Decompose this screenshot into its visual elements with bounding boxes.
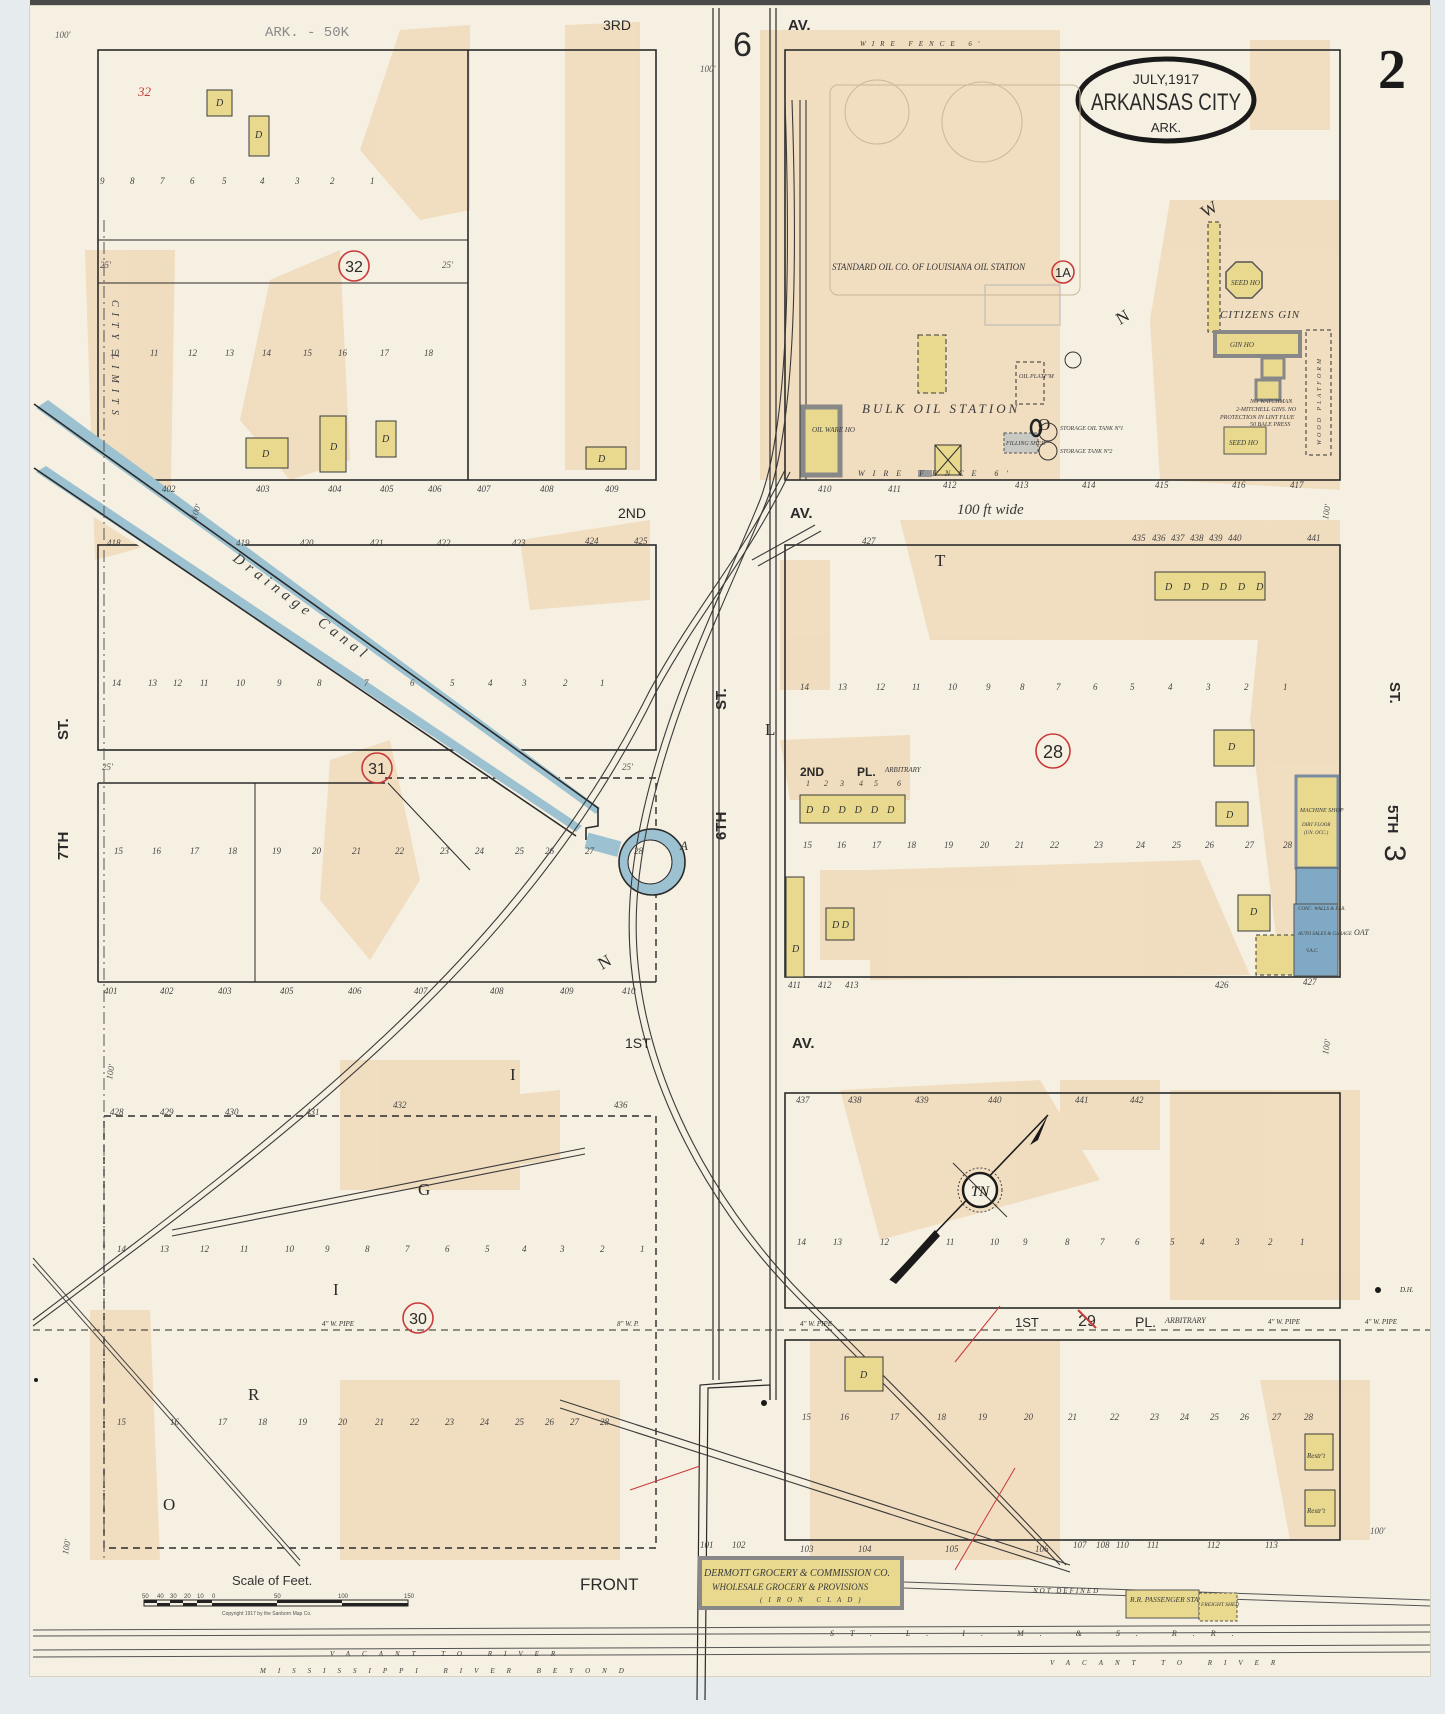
svg-text:TN: TN [971,1184,990,1200]
svg-text:D: D [597,454,606,465]
svg-text:105: 105 [945,1544,959,1554]
second-av-label: 2ND [618,505,646,521]
cartouche-state: ARK. [1151,120,1181,135]
svg-text:NO WATCHMAN: NO WATCHMAN [1249,399,1293,405]
first-pl-note: ARBITRARY [1164,1316,1207,1325]
svg-text:WHOLESALE GROCERY & PROVISIONS: WHOLESALE GROCERY & PROVISIONS [712,1582,869,1592]
svg-text:107: 107 [1073,1540,1087,1550]
svg-text:4" W. PIPE: 4" W. PIPE [1365,1318,1398,1326]
svg-text:SEED HO: SEED HO [1231,279,1260,287]
dermott-grocery-building: DERMOTT GROCERY & COMMISSION CO. WHOLESA… [700,1558,902,1608]
svg-text:(UN. OCC.): (UN. OCC.) [1304,831,1329,836]
svg-text:430: 430 [225,1107,239,1117]
scale-of-feet: Scale of Feet. 5040302010050100150 Copyr… [142,1573,415,1617]
bottom-annotations: ST. L. I. M. & S. R.R. VACANT TO RIVER M… [259,1629,1287,1675]
svg-text:50 BALE PRESS: 50 BALE PRESS [1250,422,1290,428]
svg-text:410: 410 [622,986,636,996]
svg-text:424: 424 [585,536,599,546]
svg-text:427: 427 [862,536,876,546]
svg-text:D: D [1249,907,1258,918]
svg-text:102: 102 [732,1540,746,1550]
front-st-label: FRONT [580,1575,639,1594]
svg-text:ST. L. I. M. & S. R.R.: ST. L. I. M. & S. R.R. [830,1629,1250,1638]
svg-text:MISSISSIPPI RIVER BEYOND: MISSISSIPPI RIVER BEYOND [259,1667,636,1675]
svg-text:409: 409 [560,986,574,996]
machine-shop-and-garage: MACHINE SHOP DIRT FLOOR (UN. OCC.) CONC.… [1294,776,1369,976]
block-number-31: 31 [368,761,386,778]
svg-text:OIL PLATF'M: OIL PLATF'M [1019,374,1055,380]
svg-text:987654321: 987654321 [100,176,375,186]
svg-text:2-MITCHELL GINS. NO: 2-MITCHELL GINS. NO [1236,407,1297,413]
first-pl-pl: PL. [1135,1314,1156,1330]
svg-text:D: D [215,98,224,109]
svg-text:D: D [1225,810,1234,821]
svg-text:OIL WARE HO: OIL WARE HO [812,426,855,434]
svg-text:106: 106 [1035,1544,1049,1554]
svg-text:I: I [510,1065,516,1084]
svg-text:O: O [163,1495,175,1514]
svg-text:405: 405 [380,484,394,494]
seventh-st-label-b: 7TH [55,832,72,860]
svg-text:437: 437 [1171,533,1185,543]
svg-text:406: 406 [428,484,442,494]
second-pl-label: 2ND [800,765,824,779]
hydrant-dot [761,1400,767,1406]
svg-text:403: 403 [256,484,270,494]
svg-text:414: 414 [1082,480,1096,490]
svg-text:STORAGE OIL TANK Nº1: STORAGE OIL TANK Nº1 [1060,426,1123,432]
svg-text:100': 100' [1320,502,1333,520]
svg-text:411: 411 [888,484,901,494]
svg-text:VACANT TO RIVER: VACANT TO RIVER [330,1650,567,1658]
svg-text:412: 412 [818,980,832,990]
sixth-st-label-a: ST. [713,688,730,710]
svg-text:438: 438 [848,1095,862,1105]
svg-text:DDDDDD: DDDDDD [1164,582,1274,593]
svg-text:R: R [248,1385,260,1404]
svg-text:104: 104 [858,1544,872,1554]
svg-text:100': 100' [60,1537,73,1555]
svg-text:CITIZENS GIN: CITIZENS GIN [1220,309,1300,321]
svg-text:DIRT FLOOR: DIRT FLOOR [1301,823,1330,828]
title-cartouche: JULY,1917 ARKANSAS CITY ARK. [1078,59,1254,141]
svg-text:408: 408 [540,484,554,494]
svg-text:440: 440 [1228,533,1242,543]
av-mid-label: AV. [790,505,813,522]
building-dwelling [786,877,804,977]
svg-text:409: 409 [605,484,619,494]
sheet-number: 2 [1378,39,1406,101]
svg-text:436: 436 [1152,533,1166,543]
block-number-30: 30 [409,1311,427,1328]
svg-text:OAT: OAT [1354,928,1369,937]
av-top-label: AV. [788,17,811,34]
scale-title: Scale of Feet. [232,1573,312,1588]
svg-text:428: 428 [110,1107,124,1117]
svg-text:101: 101 [700,1540,714,1550]
svg-text:WIRE FENCE 6': WIRE FENCE 6' [858,469,1016,478]
building-dwelling [586,447,626,469]
svg-text:418: 418 [107,538,121,548]
svg-text:404: 404 [328,484,342,494]
svg-text:435: 435 [1132,533,1146,543]
second-pl-note: ARBITRARY [884,766,922,774]
svg-text:420: 420 [300,538,314,548]
svg-text:113: 113 [1265,1540,1278,1550]
seventh-st-label-a: ST. [55,718,72,740]
block-number-32: 32 [345,259,363,276]
block-number-28: 28 [1043,742,1063,762]
svg-text:422: 422 [437,538,451,548]
first-av-label: 1ST [625,1035,651,1051]
svg-text:4" W. PIPE: 4" W. PIPE [322,1320,355,1328]
auto-sales-garage [1294,904,1338,976]
svg-text:DERMOTT GROCERY & COMMISSION C: DERMOTT GROCERY & COMMISSION CO. [703,1568,890,1579]
fifth-st-label-b: 5TH [1384,805,1401,833]
svg-text:1413121110987654321: 1413121110987654321 [800,682,1288,692]
oil-warehouse [803,407,840,475]
svg-text:25': 25' [442,260,454,270]
cartouche-date: JULY,1917 [1133,71,1200,87]
svg-text:D: D [859,1370,868,1381]
svg-text:5040302010050100150: 5040302010050100150 [142,1594,415,1600]
svg-text:439: 439 [915,1095,929,1105]
svg-text:421: 421 [370,538,384,548]
machine-shop [1296,776,1338,868]
map-canvas: A Drainage Canal [0,0,1445,1714]
svg-text:Restr't: Restr't [1306,1507,1326,1515]
svg-text:407: 407 [414,986,428,996]
block-number-29: 29 [1078,1313,1096,1330]
svg-text:439: 439 [1209,533,1223,543]
svg-text:100': 100' [700,64,717,74]
svg-text:112: 112 [1207,1540,1220,1550]
svg-text:407: 407 [477,484,491,494]
svg-text:417: 417 [1290,480,1304,490]
svg-text:423: 423 [512,538,526,548]
bulk-oil-station-label: BULK OIL STATION [862,401,1020,416]
svg-text:Restr't: Restr't [1306,1452,1326,1460]
svg-text:VACANT TO RIVER: VACANT TO RIVER [1050,1659,1287,1667]
svg-text:442: 442 [1130,1095,1144,1105]
svg-text:413: 413 [1015,480,1029,490]
svg-text:100': 100' [104,1062,117,1080]
svg-text:426: 426 [1215,980,1229,990]
svg-text:408: 408 [490,986,504,996]
av-width-label: 100 ft wide [957,502,1024,518]
svg-text:413: 413 [845,980,859,990]
svg-text:I: I [333,1280,339,1299]
svg-text:410: 410 [818,484,832,494]
svg-text:416: 416 [1232,480,1246,490]
svg-text:406: 406 [348,986,362,996]
svg-text:402: 402 [160,986,174,996]
old-block-number: 32 [137,84,152,99]
building-outbuilding [1256,935,1296,975]
block-number-1a: 1A [1055,265,1071,280]
svg-text:25': 25' [100,260,112,270]
svg-text:108: 108 [1096,1540,1110,1550]
svg-text:441: 441 [1075,1095,1089,1105]
svg-text:432: 432 [393,1100,407,1110]
svg-text:412: 412 [943,480,957,490]
svg-text:WIRE FENCE 6': WIRE FENCE 6' [860,40,985,48]
svg-text:411: 411 [788,980,801,990]
svg-text:1413121110987654321: 1413121110987654321 [117,1244,645,1254]
svg-text:DDDDDD: DDDDDD [805,805,903,816]
svg-text:D D: D D [831,920,850,931]
svg-text:STORAGE TANK Nº2: STORAGE TANK Nº2 [1060,449,1112,455]
archive-stamp: ARK. - 50K [265,25,350,41]
svg-text:431: 431 [306,1107,320,1117]
svg-text:GIN HO: GIN HO [1230,341,1254,349]
svg-text:4" W. PIPE: 4" W. PIPE [800,1320,833,1328]
svg-text:103: 103 [800,1544,814,1554]
svg-text:1516171819202122232425262728: 1516171819202122232425262728 [803,840,1293,850]
svg-text:D: D [329,442,338,453]
svg-text:437: 437 [796,1095,810,1105]
svg-text:100': 100' [1370,1526,1387,1536]
svg-text:438: 438 [1190,533,1204,543]
svg-text:D: D [254,130,263,141]
svg-text:NOT DEFINED: NOT DEFINED [1032,1587,1100,1595]
svg-text:N: N [595,951,615,974]
fifth-st-sheet-ref: 3 [1378,845,1411,862]
svg-text:V.A.C.: V.A.C. [1306,949,1319,954]
svg-text:MACHINE SHOP: MACHINE SHOP [1299,808,1344,814]
svg-text:4" W. PIPE: 4" W. PIPE [1268,1318,1301,1326]
city-limits-label: CITY LIMITS [109,300,120,421]
copyright: Copyright 1917 by the Sanborn Map Co. [222,1611,312,1617]
svg-text:D: D [381,434,390,445]
sanborn-map-sheet: A Drainage Canal [0,0,1445,1714]
svg-text:PROTECTION IN LINT FLUE: PROTECTION IN LINT FLUE [1219,415,1295,421]
svg-text:D: D [791,944,800,955]
svg-text:402: 402 [162,484,176,494]
svg-text:425: 425 [634,536,648,546]
svg-text:STANDARD OIL CO. OF LOUISIANA: STANDARD OIL CO. OF LOUISIANA OIL STATIO… [832,262,1026,272]
svg-text:100': 100' [1320,1037,1333,1055]
svg-text:AUTO SALES & GARAGE: AUTO SALES & GARAGE [1297,932,1352,937]
conc-building [1296,868,1338,904]
svg-text:440: 440 [988,1095,1002,1105]
map-index-number: 6 [733,26,752,64]
svg-text:8" W. P.: 8" W. P. [617,1320,639,1328]
svg-text:419: 419 [236,538,250,548]
paste-over-patches [85,22,1370,1560]
svg-text:CONC. WALLS & FLR.: CONC. WALLS & FLR. [1298,907,1346,912]
svg-text:405: 405 [280,986,294,996]
svg-text:T: T [935,551,946,570]
first-pl-label: 1ST [1015,1315,1039,1330]
building-bulk-oil-a [918,335,946,393]
svg-text:D.H.: D.H. [1399,1286,1414,1294]
svg-text:FREIGHT SHED: FREIGHT SHED [1200,1602,1239,1608]
svg-text:(IRON CLAD): (IRON CLAD) [760,1596,867,1604]
svg-text:SEED HO: SEED HO [1229,439,1258,447]
av-low-label: AV. [792,1035,815,1052]
svg-text:401: 401 [104,986,118,996]
svg-text:25': 25' [622,762,634,772]
sixth-st-label-b: 6TH [713,812,730,840]
svg-text:436: 436 [614,1100,628,1110]
svg-text:100': 100' [55,30,72,40]
svg-text:441: 441 [1307,533,1321,543]
svg-text:WOOD PLATFORM: WOOD PLATFORM [1317,356,1323,445]
svg-text:G: G [418,1180,430,1199]
basin-label: A [679,838,688,853]
svg-text:403: 403 [218,986,232,996]
fifth-st-label-a: ST. [1386,682,1403,704]
svg-text:D: D [1227,742,1236,753]
svg-text:415: 415 [1155,480,1169,490]
svg-text:111: 111 [1147,1540,1159,1550]
address-numbers: 402 403 404 405 406 407 408 409 410 411 … [104,480,1321,1554]
svg-text:L: L [765,720,775,739]
cartouche-city: ARKANSAS CITY [1091,89,1241,116]
second-pl-pl: PL. [857,765,876,779]
svg-text:N: N [1113,306,1133,329]
svg-text:D: D [261,449,270,460]
svg-text:429: 429 [160,1107,174,1117]
svg-text:110: 110 [1116,1540,1129,1550]
svg-text:427: 427 [1303,977,1317,987]
third-av-label: 3RD [603,17,631,33]
svg-text:25': 25' [102,762,114,772]
